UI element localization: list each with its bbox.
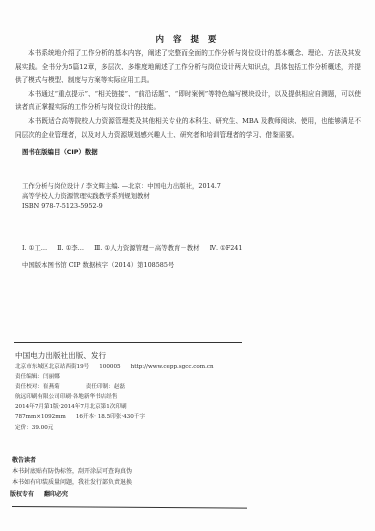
website-link[interactable]: http://www.cepp.sgcc.com.cn (131, 364, 214, 370)
divider-top (14, 342, 242, 343)
copyright-right: 翻印必究 (44, 491, 68, 498)
cip-record-number: 中国版本图书馆 CIP 数据核字（2014）第108585号 (22, 260, 174, 269)
notice-line: 本书如有印装质量问题，我社发行部负责退换 (12, 477, 132, 488)
notice-line: 本书封底贴有防伪标签，刮开涂层可查询真伪 (12, 466, 132, 477)
price-line: 定价：39.00元 (15, 423, 214, 433)
copyright-page: 内 容 提 要 本书系统地介绍了工作分析的基本内容，阐述了完整而全面的工作分析与… (0, 0, 375, 531)
copyright-statement: 版权专有翻印必究 (10, 489, 68, 498)
copyright-left: 版权专有 (10, 491, 34, 498)
cip-series-line: 高等学校人力资源管理实践教学系列规划教材 (22, 191, 322, 201)
colophon: 北京市东城区北京站西街19号100005http://www.cepp.sgcc… (15, 362, 214, 433)
cip-record: 工作分析与岗位设计 / 李文辉主编. —北京：中国电力出版社，2014.7 高等… (22, 181, 322, 211)
format-size: 787mm×1092mm (15, 414, 66, 420)
format-detail: 16开本· 18.5印张·430千字 (76, 414, 145, 420)
edition-line: 2014年7月第1版·2014年7月北京第1次印刷 (15, 402, 214, 412)
publisher-line: 中国电力出版社出版、发行 (15, 350, 106, 361)
cip-title-line: 工作分析与岗位设计 / 李文辉主编. —北京：中国电力出版社，2014.7 (22, 181, 322, 191)
proofreader: 责任校对：崔燕菊 (15, 384, 60, 390)
proof-line: 责任校对：崔燕菊责任印制：赵磊 (15, 382, 214, 392)
cip-heading: 图书在版编目（CIP）数据 (22, 147, 98, 156)
summary-body: 本书系统地介绍了工作分析的基本内容，阐述了完整而全面的工作分析与岗位设计的基本概… (15, 47, 361, 142)
summary-paragraph: 本书既适合高等院校人力资源管理类及其他相关专业的本科生、研究生、MBA 及教师阅… (15, 115, 361, 142)
editor-line: 责任编辑：闫丽娜 (15, 372, 214, 382)
cip-isbn-line: ISBN 978-7-5123-5952-9 (22, 201, 322, 211)
cip-class-item: Ⅰ. ①工… (22, 244, 47, 252)
cip-class-item: Ⅲ. ①人力资源管理－高等教育－教材 (94, 244, 199, 252)
printer-line: 航远印刷有限公司印刷·各地新华书店经售 (15, 392, 214, 402)
address-line: 北京市东城区北京站西街19号100005http://www.cepp.sgcc… (15, 362, 214, 372)
summary-paragraph: 本书系统地介绍了工作分析的基本内容，阐述了完整而全面的工作分析与岗位设计的基本概… (15, 47, 361, 88)
postcode: 100005 (99, 364, 120, 370)
print-supervisor: 责任印制：赵磊 (86, 384, 125, 390)
summary-paragraph: 本书通过“重点提示”、“相关链接”、“前沿话题”、“即时案例”等特色编写模块设计… (15, 88, 361, 115)
cip-class-item: Ⅳ. ①F241 (210, 244, 243, 252)
summary-title: 内 容 提 要 (0, 33, 375, 45)
cip-classification: Ⅰ. ①工… Ⅱ. ①李… Ⅲ. ①人力资源管理－高等教育－教材 Ⅳ. ①F24… (22, 243, 250, 252)
divider-bottom (12, 506, 247, 509)
cip-class-item: Ⅱ. ①李… (57, 244, 84, 252)
notice-body: 本书封底贴有防伪标签，刮开涂层可查询真伪 本书如有印装质量问题，我社发行部负责退… (12, 466, 132, 488)
notice-heading: 敬告读者 (12, 455, 36, 464)
address: 北京市东城区北京站西街19号 (15, 364, 89, 370)
format-line: 787mm×1092mm16开本· 18.5印张·430千字 (15, 412, 214, 422)
